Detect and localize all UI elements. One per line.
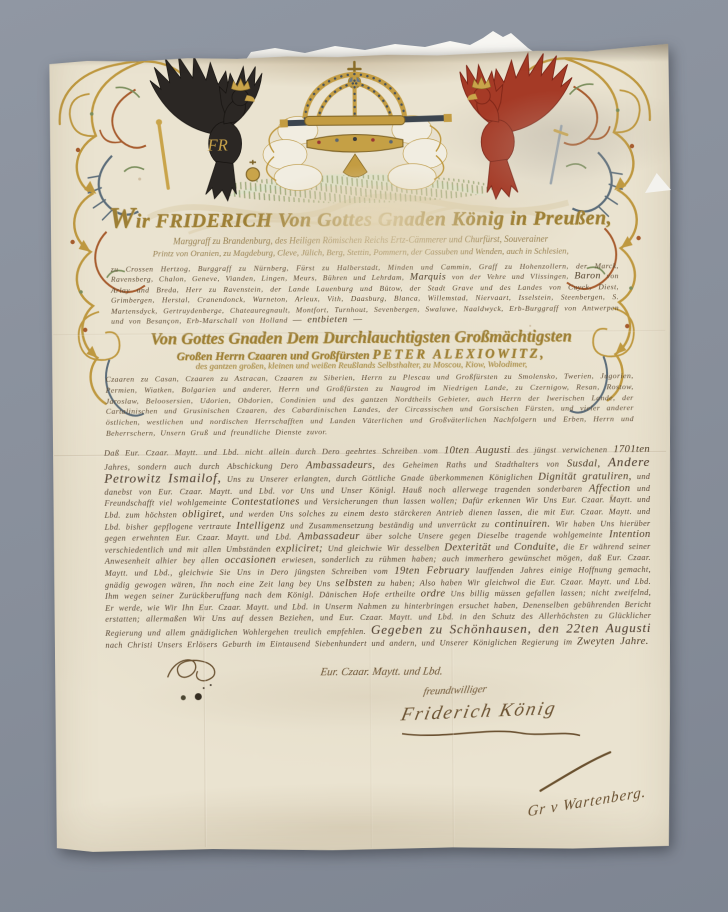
- manuscript-segment: continuiren.: [495, 518, 551, 529]
- royal-heading: Wir FRIDERICH Von Gottes Gnaden König in…: [100, 198, 620, 236]
- prussian-titles-paragraph: zu Crossen Hertzog, Burggraff zu Nürnber…: [111, 261, 619, 327]
- sword: [550, 126, 561, 183]
- manuscript-segment: Dexterität: [444, 542, 491, 553]
- manuscript-segment: 19ten February: [394, 565, 469, 577]
- document-sheet-wrap: FR Wir FRIDERICH Von Gottes Gnaden König…: [47, 24, 677, 854]
- manuscript-segment: über solche Unsere gegen Dieselbe tragen…: [366, 530, 603, 541]
- paraph-flourish: [163, 653, 227, 687]
- shell-ornament: [343, 154, 367, 177]
- manuscript-segment: Dignität gratuliren,: [538, 471, 632, 483]
- manuscript-segment: obligiret,: [182, 509, 225, 520]
- manuscript-segment: Susdal,: [567, 458, 601, 469]
- manuscript-segment: Marquis: [410, 272, 446, 283]
- manuscript-segment: ordre: [421, 589, 446, 600]
- pen-stroke: [536, 748, 616, 795]
- manuscript-segment: Ambassadeur: [298, 531, 360, 542]
- letter-body-paragraph: Daß Eur. Czaar. Maytt. und Lbd. nicht al…: [104, 444, 651, 651]
- royal-signature: Friderich König: [399, 698, 559, 726]
- manuscript-segment: Zweyten Jahre.: [577, 636, 649, 648]
- manuscript-segment: Conduite,: [514, 541, 559, 552]
- ink-blot-large: [195, 693, 202, 700]
- fr-monogram: FR: [206, 135, 227, 154]
- signature-valediction: freundtwilliger: [423, 684, 488, 698]
- manuscript-segment: von der Vehre und Vlissingen,: [452, 272, 569, 282]
- ink-blot-small: [181, 695, 186, 700]
- manuscript-segment: Contestationes: [231, 497, 299, 508]
- signature-underline-flourish: [400, 724, 585, 741]
- foxing-spot: [610, 494, 613, 497]
- orb: [246, 160, 259, 181]
- manuscript-segment: und Zusammensetzung beständig und unverr…: [290, 520, 489, 530]
- manuscript-segment: 10ten Augusti: [444, 445, 511, 456]
- manuscript-segment: Gegeben zu Schönhausen, den 22ten August…: [371, 620, 652, 637]
- red-brandenburg-eagle: [460, 53, 573, 199]
- document-sheet: FR Wir FRIDERICH Von Gottes Gnaden König…: [47, 24, 677, 854]
- manuscript-segment: Und gleichwie Wir desselben: [328, 543, 440, 553]
- manuscript-segment: nach Christi Unsers Erlösers Geburth im …: [105, 637, 572, 649]
- manuscript-segment: verschiedentlich und mit allen Umbstände…: [105, 544, 271, 554]
- manuscript-segment: selbsten: [335, 577, 372, 588]
- manuscript-segment: des Geheimen Raths und Stadthalters von: [383, 459, 559, 469]
- manuscript-segment: occasionen: [225, 555, 277, 566]
- address-line: Eur. Czaar. Maytt. und Lbd.: [221, 665, 543, 679]
- foxing-spot: [138, 178, 141, 181]
- ink-speck: [210, 684, 212, 686]
- scepter: [159, 124, 168, 188]
- photograph: FR Wir FRIDERICH Von Gottes Gnaden König…: [0, 0, 728, 912]
- manuscript-segment: Intention: [609, 529, 651, 540]
- manuscript-segment: Intelligenz: [236, 520, 285, 531]
- manuscript-segment: Ambassadeurs,: [306, 460, 375, 471]
- manuscript-segment: und: [496, 543, 509, 552]
- manuscript-segment: Uns zu Unserer erlangten, durch Göttlich…: [227, 473, 533, 484]
- manuscript-segment: Baron: [574, 271, 601, 282]
- foxing-spot: [529, 325, 531, 327]
- manuscript-segment: Czaaren zu Casan, Czaaren zu Astracan, C…: [106, 371, 634, 438]
- manuscript-segment: expliciret;: [276, 543, 323, 554]
- black-prussian-eagle: FR: [150, 55, 263, 201]
- manuscript-segment: Affection: [589, 483, 631, 494]
- manuscript-segment: — entbieten —: [293, 314, 363, 325]
- coronet: [307, 134, 403, 152]
- tsar-titles-paragraph: Czaaren zu Casan, Czaaren zu Astracan, C…: [106, 371, 634, 439]
